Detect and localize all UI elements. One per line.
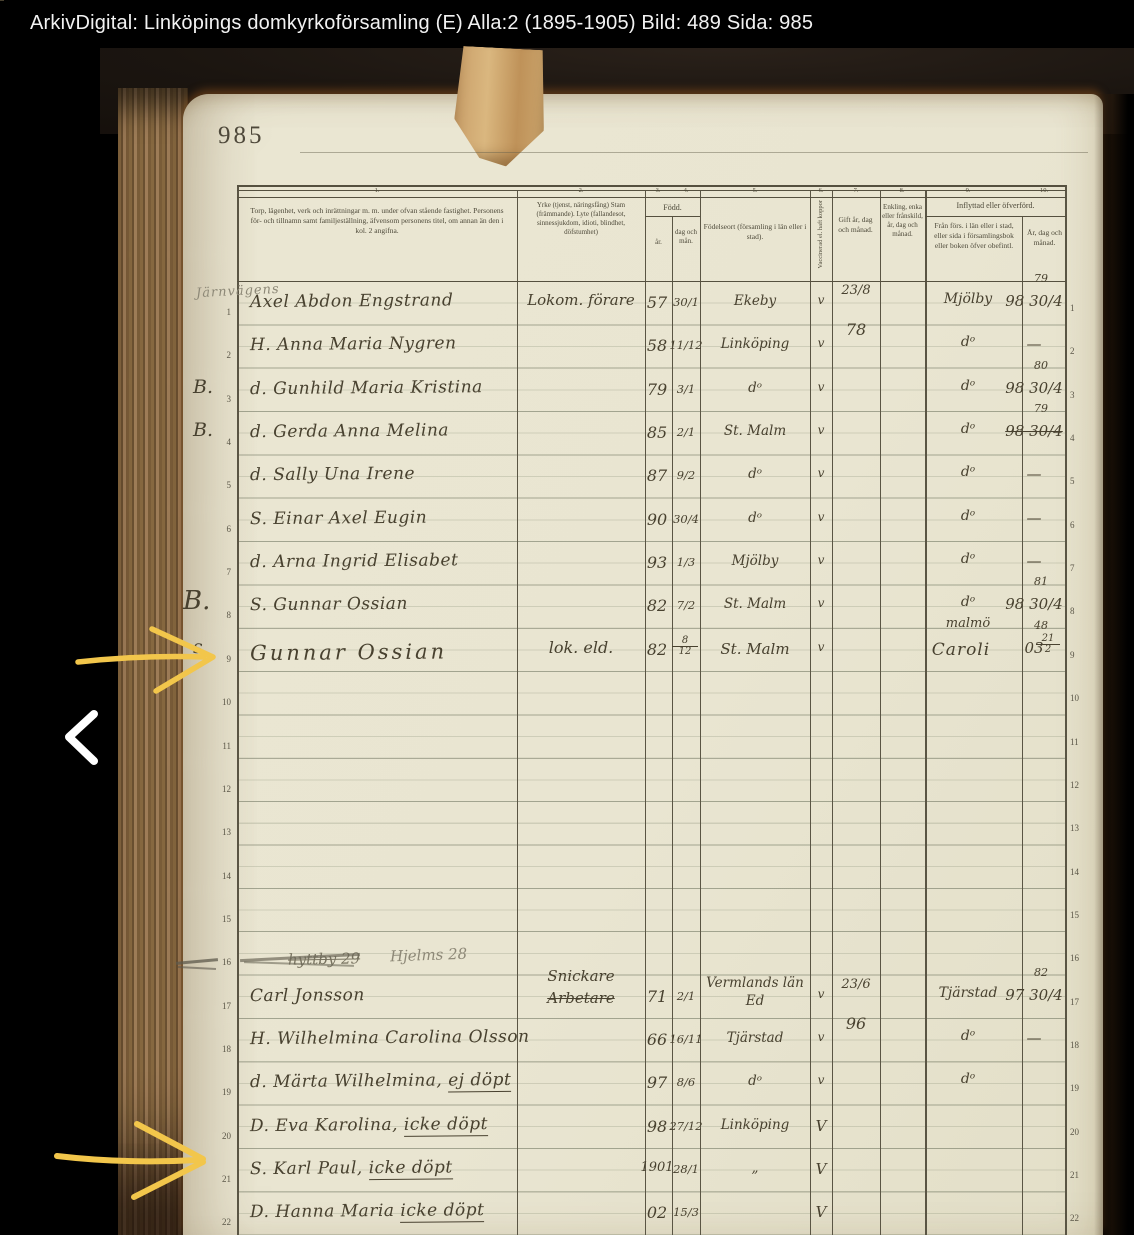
entry-birthplace: Tjärstad [702, 1030, 808, 1046]
entry-vaccinated-mark: v [810, 1030, 832, 1044]
entry-birth-date: 8/6 [669, 1075, 703, 1089]
row-number-left: 7 [215, 567, 231, 577]
entry-birth-year: 82 [640, 640, 674, 659]
entry-vaccinated-mark: V [810, 1203, 832, 1221]
row-number-right: 9 [1070, 650, 1090, 660]
entry-birthplace: dᵒ [702, 510, 808, 526]
table-horizontal-border [237, 197, 1066, 198]
entry-birthplace: dᵒ [702, 1073, 808, 1089]
entry-name: S. Einar Axel Eugin [250, 507, 518, 529]
entry-birth-date: 1/3 [669, 555, 703, 569]
entry-name: Gunnar Ossian [250, 639, 518, 665]
entry-birthplace: St. Malm [702, 596, 808, 612]
row-number-left: 11 [215, 741, 231, 751]
column-number: 4. [674, 187, 698, 195]
entry-married-date: 96 [833, 1014, 879, 1033]
header-fodelseort: Födelseort (församling i län eller i sta… [702, 222, 808, 242]
entry-name: d. Arna Ingrid Elisabet [250, 550, 518, 572]
entry-birth-date: 7/2 [669, 598, 703, 612]
entry-moved-date: — [1003, 1029, 1065, 1047]
entry-moved-date: 97 30/4 [1003, 986, 1065, 1004]
entry-moved-date: — [1003, 335, 1065, 353]
row-number-right: 8 [1070, 606, 1090, 616]
row-number-right: 21 [1070, 1170, 1090, 1180]
row-number-right: 18 [1070, 1040, 1090, 1050]
margin-badge: B. [183, 586, 210, 616]
entry-occupation: Lokom. förare [522, 291, 640, 309]
column-number: 6. [809, 187, 833, 195]
entry-birthplace: Vermlands län [702, 975, 808, 991]
header-col1: Torp, lägenhet, verk och inrättningar m.… [245, 206, 509, 235]
entry-birth-date: 30/1 [669, 295, 703, 309]
entry-birth-date: 9/2 [669, 468, 703, 482]
entry-name: d. Sally Una Irene [250, 463, 518, 485]
row-number-left: 6 [215, 524, 231, 534]
entry-name: H. Wilhelmina Carolina Olsson [250, 1027, 518, 1049]
row-number-right: 22 [1070, 1213, 1090, 1223]
entry-name: d. Märta Wilhelmina, ej döpt [250, 1070, 518, 1092]
ledger-table: 1.2.3.4.5.6.7.8.9.10.Torp, lägenhet, ver… [0, 0, 1134, 1235]
entry-moved-ref-above: 79 [1018, 402, 1064, 415]
entry-birth-date: 16/11 [669, 1032, 703, 1046]
row-number-right: 13 [1070, 823, 1090, 833]
entry-birth-date: 30/4 [669, 512, 703, 526]
row-number-left: 14 [215, 871, 231, 881]
row-number-right: 17 [1070, 997, 1090, 1007]
entry-name: D. Eva Karolina, icke döpt [250, 1113, 518, 1135]
row-number-left: 20 [215, 1131, 231, 1141]
entry-occupation: Snickare [522, 967, 640, 985]
entry-moved-date: — [1003, 509, 1065, 527]
row-number-right: 2 [1070, 346, 1090, 356]
entry-birthplace: „ [702, 1160, 808, 1176]
row-number-left: 15 [215, 914, 231, 924]
row-number-left: 18 [215, 1044, 231, 1054]
table-vertical-border [832, 190, 833, 1235]
column-number: 5. [743, 187, 767, 195]
pencil-note-row16: Hjelms 28 [390, 945, 468, 966]
entry-moved-date: 98 30/4 [1003, 292, 1065, 310]
entry-birth-date: 3/1 [669, 382, 703, 396]
entry-birthplace-line2: Ed [702, 993, 808, 1009]
entry-vaccinated-mark: v [810, 423, 832, 437]
entry-vaccinated-mark: v [810, 1073, 832, 1087]
column-number: 9. [956, 187, 980, 195]
entry-name: d. Gerda Anna Melina [250, 420, 518, 442]
row-number-right: 15 [1070, 910, 1090, 920]
column-number: 1. [365, 187, 389, 195]
entry-vaccinated-mark: v [810, 380, 832, 394]
row-number-left: 12 [215, 784, 231, 794]
row-number-right: 3 [1070, 390, 1090, 400]
table-horizontal-border [237, 281, 1066, 282]
row-number-left: 21 [215, 1174, 231, 1184]
archive-viewer: ArkivDigital: Linköpings domkyrkoförsaml… [0, 0, 1134, 1235]
row-number-right: 19 [1070, 1083, 1090, 1093]
entry-moved-from: dᵒ [918, 1071, 1018, 1087]
table-vertical-border [880, 190, 881, 1235]
entry-vaccinated-mark: v [810, 510, 832, 524]
entry-moved-from-line2: Caroli [905, 640, 1017, 660]
entry-birthplace: St. Malm [702, 640, 808, 658]
entry-occupation-crossed: Arbetare [522, 989, 640, 1007]
row-number-right: 20 [1070, 1127, 1090, 1137]
entry-married-date: 23/8 [833, 283, 879, 298]
entry-birth-date: 2/1 [669, 989, 703, 1003]
header-dag: dag och mån. [672, 228, 700, 246]
entry-vaccinated-mark: V [810, 1117, 832, 1135]
entry-name: H. Anna Maria Nygren [250, 333, 518, 355]
entry-birth-date: 28/1 [669, 1162, 703, 1176]
date-fraction: 212 [1036, 634, 1060, 656]
header-fodd: Född. [645, 203, 700, 213]
row-number-left: 1 [215, 307, 231, 317]
entry-name: S. Karl Paul, icke döpt [250, 1157, 518, 1179]
entry-birthplace: dᵒ [702, 380, 808, 396]
entry-name: Axel Abdon Engstrand [250, 290, 518, 312]
entry-name: Carl Jonsson [250, 983, 518, 1005]
margin-badge: B. [193, 419, 213, 441]
entry-birth-date: 2/1 [669, 425, 703, 439]
entry-vaccinated-mark: v [810, 987, 832, 1001]
entry-married-date: 78 [833, 320, 879, 339]
column-number: 8. [890, 187, 914, 195]
entry-vaccinated-mark: v [810, 640, 832, 654]
header-enkling: Enkling, enka eller frånskild, år, dag o… [881, 203, 924, 239]
entry-birthplace: Linköping [702, 1117, 808, 1133]
entry-moved-from: malmö [918, 616, 1018, 631]
entry-vaccinated-mark: v [810, 596, 832, 610]
header-vaccinerad: Vaccinerad el. haft koppor [817, 195, 825, 273]
row-number-right: 4 [1070, 433, 1090, 443]
entry-moved-ref-above: 79 [1018, 272, 1064, 285]
row-number-left: 13 [215, 827, 231, 837]
row-number-left: 4 [215, 437, 231, 447]
row-number-right: 10 [1070, 693, 1090, 703]
column-number: 10. [1032, 187, 1056, 195]
entry-birthplace: Linköping [702, 336, 808, 352]
row-number-right: 11 [1070, 737, 1090, 747]
row-number-left: 22 [215, 1217, 231, 1227]
row-number-left: 3 [215, 394, 231, 404]
entry-moved-date: — [1003, 465, 1065, 483]
column-number: 7. [844, 187, 868, 195]
header-ardag: År, dag och månad. [1023, 228, 1066, 248]
header-yrke: Yrke (tjenst, näringsfång) Stam (främman… [521, 201, 641, 237]
row-number-right: 16 [1070, 953, 1090, 963]
row-number-right: 6 [1070, 520, 1090, 530]
table-vertical-border [237, 185, 239, 1235]
entry-moved-ref-above: 81 [1018, 575, 1064, 588]
header-gift: Gift år, dag och månad. [833, 215, 878, 235]
row-number-right: 7 [1070, 563, 1090, 573]
margin-badge: B. [193, 376, 213, 398]
entry-birth-date: 15/3 [669, 1205, 703, 1219]
header-fran: Från förs. i län eller i stad, eller sid… [928, 221, 1020, 250]
entry-birth-date: 11/12 [669, 338, 703, 352]
entry-name: S. Gunnar Ossian [250, 593, 518, 615]
entry-moved-date: 98 30/4 [1003, 379, 1065, 397]
row-number-right: 5 [1070, 476, 1090, 486]
row-number-left: 9 [215, 654, 231, 664]
entry-birthplace: St. Malm [702, 423, 808, 439]
row-number-left: 5 [215, 480, 231, 490]
entry-vaccinated-mark: v [810, 466, 832, 480]
header-inflyttad: Inflyttad eller öfverförd. [925, 201, 1066, 211]
entry-moved-ref-above: 82 [1018, 966, 1064, 979]
entry-birthplace: Ekeby [702, 293, 808, 309]
date-fraction [0, 0, 4, 1]
column-number: 2. [569, 187, 593, 195]
entry-vaccinated-mark: v [810, 293, 832, 307]
row-number-left: 17 [215, 1001, 231, 1011]
entry-moved-date: 98 30/4 [1003, 422, 1065, 440]
entry-vaccinated-mark: v [810, 553, 832, 567]
row-number-left: 8 [215, 610, 231, 620]
entry-vaccinated-mark: V [810, 1160, 832, 1178]
table-horizontal-border [925, 216, 1066, 217]
table-vertical-border [1065, 185, 1067, 1235]
entry-name: D. Hanna Maria icke döpt [250, 1200, 518, 1222]
entry-married-date: 23/6 [833, 977, 879, 992]
entry-vaccinated-mark: v [810, 336, 832, 350]
entry-birthplace: dᵒ [702, 466, 808, 482]
entry-moved-date: 98 30/4 [1003, 595, 1065, 613]
margin-badge: s [193, 636, 203, 658]
header-ar: år. [645, 238, 672, 247]
row-number-left: 19 [215, 1087, 231, 1097]
entry-moved-ref-above: 48 [1018, 619, 1064, 632]
entry-moved-date: — [1003, 552, 1065, 570]
row-number-left: 10 [215, 697, 231, 707]
row-number-right: 1 [1070, 303, 1090, 313]
table-horizontal-border [645, 216, 700, 217]
entry-birthplace: Mjölby [702, 553, 808, 569]
date-fraction: 812 [672, 636, 698, 658]
entry-occupation: lok. eld. [522, 638, 640, 657]
entry-birth-date: 27/12 [669, 1119, 703, 1133]
column-number: 3. [646, 187, 670, 195]
row-number-right: 14 [1070, 867, 1090, 877]
row-number-left: 2 [215, 350, 231, 360]
row-number-right: 12 [1070, 780, 1090, 790]
entry-moved-ref-above: 80 [1018, 359, 1064, 372]
entry-name: d. Gunhild Maria Kristina [250, 377, 518, 399]
